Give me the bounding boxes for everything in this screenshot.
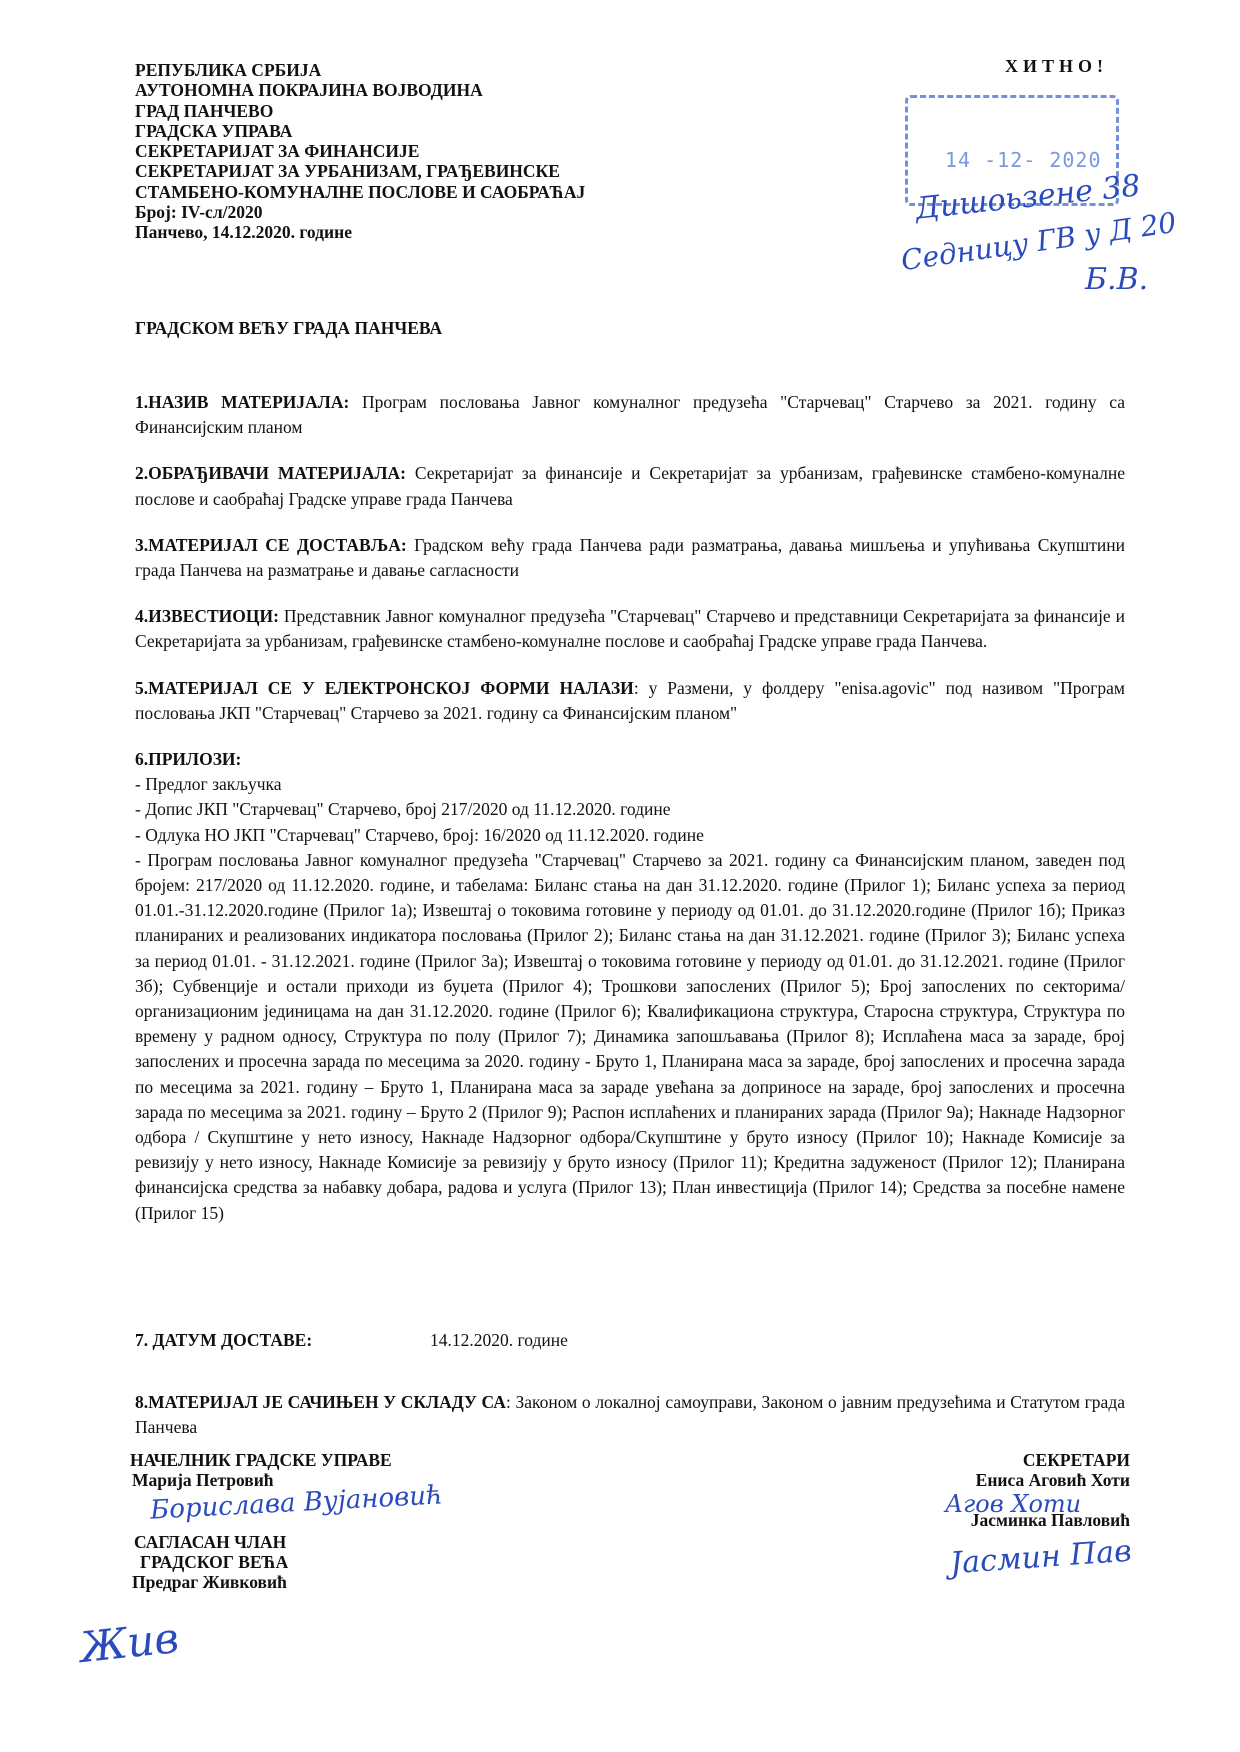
section-preparers: 2.ОБРАЂИВАЧИ МАТЕРИЈАЛА: Секретаријат за… xyxy=(135,461,1125,511)
letterhead-line: ГРАД ПАНЧЕВО xyxy=(135,101,585,121)
section-title: 8.МАТЕРИЈАЛ ЈЕ САЧИЊЕН У СКЛАДУ СА xyxy=(135,1392,506,1412)
letterhead-line: СЕКРЕТАРИЈАТ ЗА УРБАНИЗАМ, ГРАЂЕВИНСКЕ xyxy=(135,161,585,181)
signatory-role: СЕКРЕТАРИ xyxy=(930,1450,1130,1470)
letterhead-line: СЕКРЕТАРИЈАТ ЗА ФИНАНСИЈЕ xyxy=(135,141,585,161)
handwritten-signature: Јасмин Пав xyxy=(949,1534,1133,1582)
section-rapporteurs: 4.ИЗВЕСТИОЦИ: Представник Јавног комунал… xyxy=(135,604,1125,654)
section-text: Представник Јавног комуналног предузећа … xyxy=(135,606,1125,651)
letterhead: РЕПУБЛИКА СРБИЈА АУТОНОМНА ПОКРАЈИНА ВОЈ… xyxy=(135,60,585,243)
attachment-item: - Програм пословања Јавног комуналног пр… xyxy=(135,848,1125,1226)
urgent-label: ХИТНО! xyxy=(1005,56,1108,77)
council-member-name: Предраг Живковић xyxy=(132,1572,392,1592)
letterhead-line: СТАМБЕНО-КОМУНАЛНЕ ПОСЛОВЕ И САОБРАЋАЈ xyxy=(135,182,585,202)
signatory-name: Ениса Аговић Хоти xyxy=(930,1470,1130,1490)
handwritten-signature: Агов Хоти xyxy=(945,1490,1081,1518)
document-page: РЕПУБЛИКА СРБИЈА АУТОНОМНА ПОКРАЈИНА ВОЈ… xyxy=(0,0,1240,1752)
section-delivered-to: 3.МАТЕРИЈАЛ СЕ ДОСТАВЉА: Градском већу г… xyxy=(135,533,1125,583)
document-number: Број: IV-сл/2020 xyxy=(135,202,585,222)
section-title: 1.НАЗИВ МАТЕРИЈАЛА: xyxy=(135,392,349,412)
handwritten-signature: Жив xyxy=(78,1613,181,1672)
stamp-handwritten-initials: Б.В. xyxy=(1085,262,1148,297)
attachment-item: - Предлог закључка xyxy=(135,772,1125,797)
section-title: 3.МАТЕРИЈАЛ СЕ ДОСТАВЉА: xyxy=(135,535,407,555)
document-date: Панчево, 14.12.2020. године xyxy=(135,222,585,242)
letterhead-line: ГРАДСКА УПРАВА xyxy=(135,121,585,141)
council-role: САГЛАСАН ЧЛАН xyxy=(134,1532,392,1552)
section-material-name: 1.НАЗИВ МАТЕРИЈАЛА: Програм пословања Ја… xyxy=(135,390,1125,440)
section-compliance: 8.МАТЕРИЈАЛ ЈЕ САЧИЊЕН У СКЛАДУ СА: Зако… xyxy=(135,1390,1125,1440)
council-role: ГРАДСКОГ ВЕЋА xyxy=(140,1552,392,1572)
section-title: 5.МАТЕРИЈАЛ СЕ У ЕЛЕКТРОНСКОЈ ФОРМИ НАЛА… xyxy=(135,678,634,698)
signatory-role: НАЧЕЛНИК ГРАДСКЕ УПРАВЕ xyxy=(130,1450,392,1470)
attachment-item: - Допис ЈКП "Старчевац" Старчево, број 2… xyxy=(135,797,1125,822)
section-electronic-location: 5.МАТЕРИЈАЛ СЕ У ЕЛЕКТРОНСКОЈ ФОРМИ НАЛА… xyxy=(135,676,1125,726)
section-title: 7. ДАТУМ ДОСТАВЕ: xyxy=(135,1330,312,1350)
recipient: ГРАДСКОМ ВЕЋУ ГРАДА ПАНЧЕВА xyxy=(135,318,442,339)
attachment-item: - Одлука НО ЈКП "Старчевац" Старчево, бр… xyxy=(135,823,1125,848)
delivery-date-value: 14.12.2020. године xyxy=(430,1330,568,1351)
section-attachments: 6.ПРИЛОЗИ: - Предлог закључка - Допис ЈК… xyxy=(135,747,1125,1226)
letterhead-line: РЕПУБЛИКА СРБИЈА xyxy=(135,60,585,80)
section-title: 6.ПРИЛОЗИ: xyxy=(135,749,241,769)
stamp-date: 14 -12- 2020 xyxy=(945,148,1102,172)
document-body: 1.НАЗИВ МАТЕРИЈАЛА: Програм пословања Ја… xyxy=(135,390,1125,1247)
section-delivery-date: 7. ДАТУМ ДОСТАВЕ: 14.12.2020. године xyxy=(135,1330,312,1351)
letterhead-line: АУТОНОМНА ПОКРАЈИНА ВОЈВОДИНА xyxy=(135,80,585,100)
section-title: 2.ОБРАЂИВАЧИ МАТЕРИЈАЛА: xyxy=(135,463,406,483)
section-title: 4.ИЗВЕСТИОЦИ: xyxy=(135,606,279,626)
